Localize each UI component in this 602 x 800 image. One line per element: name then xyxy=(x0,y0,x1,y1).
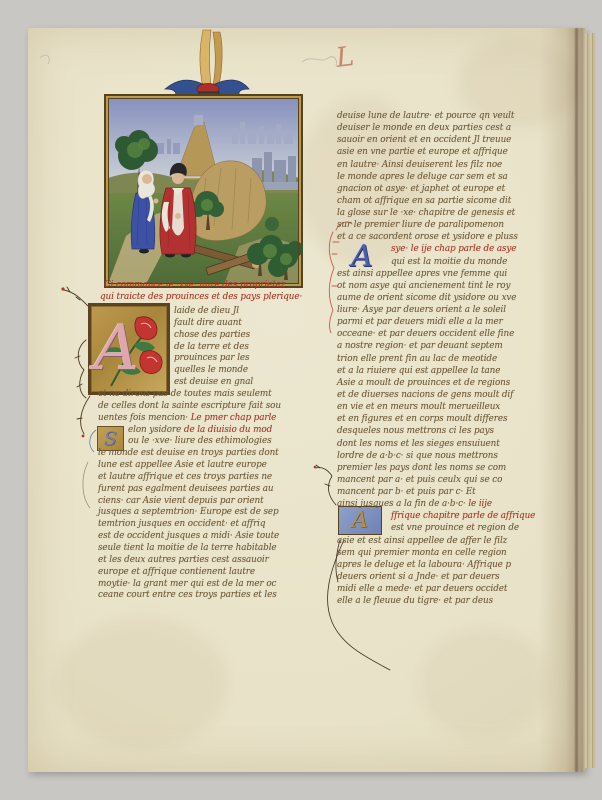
photograph-background: L xyxy=(0,0,602,800)
text-line: elle a le fleuue du tigre· et par deus xyxy=(337,596,493,606)
text-line: midi elle a mede· et par deuers occidet xyxy=(337,584,507,594)
text-line: cham ot affrique en sa partie sicome dit xyxy=(337,196,511,206)
text-line: la glose sur le ·xe· chapitre de genesis… xyxy=(337,208,515,218)
text-line: ceane court entre ces troys parties et l… xyxy=(98,590,277,600)
text-line: ot nom asye qui ancienement tint le roy xyxy=(337,281,510,291)
crest-plumes xyxy=(200,30,222,87)
text-line: mancent par b· et puis par c· Et xyxy=(337,487,476,497)
text-line: seule tient la moitie de la terre habita… xyxy=(98,543,277,553)
text-line: occeane· et par deuers occident elle fin… xyxy=(337,329,514,339)
text-line: en lautre· Ainsi deuiserent les filz noe xyxy=(337,160,502,170)
text-line: Asie a moult de prouinces et de regions xyxy=(337,378,510,388)
text-line: gnacion ot asye· et japhet ot europe et xyxy=(337,184,505,194)
text-line: qui est la moitie du monde xyxy=(391,257,507,267)
text-line: et a ce sacordent orose et ysidore e plu… xyxy=(337,232,518,242)
text-line: asie et est ainsi appellee de affer le f… xyxy=(337,536,507,546)
text-line: desqueles nous mettrons ci les pays xyxy=(337,426,494,436)
text-line: et lautre affrique et ces troys parties … xyxy=(98,472,272,482)
text-line: quelles le monde xyxy=(174,365,248,375)
initial-letter: A xyxy=(94,308,139,388)
gutter-crease xyxy=(575,28,578,772)
text-line: sye· le ije chap parle de asye xyxy=(391,244,516,254)
text-line: aume de orient sicome dit ysidore ou xve xyxy=(337,293,516,303)
text-line: dont les noms et les sieges ensuiuent xyxy=(337,439,500,449)
text-line: est ainsi appellee apres vne femme qui xyxy=(337,269,507,279)
text-line: est de occident jusques a midi· Asie tou… xyxy=(98,531,279,541)
parchment-stain xyxy=(58,618,228,748)
text-line: parmi et par deuers midi elle a la mer xyxy=(337,317,503,327)
parchment-stain xyxy=(418,628,548,738)
text-line: et de diuerses nacions de gens moult dif xyxy=(337,390,513,400)
text-line: de celles dont la sainte escripture fait… xyxy=(98,401,281,411)
text-line: et les deux autres parties cest assauoir xyxy=(98,555,269,565)
text-line: sem qui premier monta en celle region xyxy=(337,548,507,558)
text-line: sur le premier liure de paralipomenon xyxy=(337,220,504,230)
text-line: deuiser le monde en deux parties cest a xyxy=(337,123,511,133)
text-line: europe et affrique contienent lautre xyxy=(98,567,255,577)
miniature-scene xyxy=(108,98,299,284)
text-line: Ci commance le ·xve· liure des propriete… xyxy=(104,280,285,290)
text-line: le monde apres le deluge car sem et sa xyxy=(337,172,508,182)
text-line: est deuise en gnal xyxy=(174,377,253,387)
text-line: lordre de a·b·c· si que nous mettrons xyxy=(337,451,498,461)
text-line: en vie et en meurs moult merueilleux xyxy=(337,402,500,412)
text-line: moytie· la grant mer qui est de la mer o… xyxy=(98,579,276,589)
text-line: et ne dirons pas de toutes mais seulemt xyxy=(98,389,272,399)
text-line: premier les pays dont les noms se com xyxy=(337,463,506,473)
text-line: temtrion jusques en occident· et affriq xyxy=(98,519,265,529)
text-line: ainsi jusques a la fin de a·b·c· le iije xyxy=(337,499,492,509)
text-line: prouinces par les xyxy=(174,353,249,363)
text-line: asie en vne partie et europe et affrique xyxy=(337,147,508,157)
initial-a-asye: A xyxy=(338,241,386,271)
text-line: lune est appellee Asie et lautre europe xyxy=(98,460,267,470)
text-line: sauoir en orient et en occident Jl treuu… xyxy=(337,135,511,145)
miniature-frame xyxy=(104,94,303,288)
text-line: apres le deluge et la laboura· Affrique … xyxy=(337,560,511,570)
text-line: liure· Asye par deuers orient a le solei… xyxy=(337,305,506,315)
text-line: qui traicte des prouinces et des pays pl… xyxy=(100,292,302,302)
illuminated-initial-a: A xyxy=(88,303,170,395)
text-line: elon ysidore de la diuisio du mod xyxy=(128,425,272,435)
text-line: est vne prouince et region de xyxy=(391,523,519,533)
initial-a-affrique: A xyxy=(338,506,382,535)
text-line: chose des parties xyxy=(174,330,250,340)
text-line: et en figures et en corps moult differes xyxy=(337,414,507,424)
text-line: le monde est deuise en troys parties don… xyxy=(98,448,279,458)
text-line: uentes fois mencion· Le pmer chap parle xyxy=(98,413,276,423)
text-line: et a la riuiere qui est appellee la tane xyxy=(337,366,500,376)
initial-letter: S xyxy=(104,428,117,450)
text-line: a nostre region· et par deuant septem xyxy=(337,341,503,351)
text-line: jusques a septemtrion· Europe est de sep xyxy=(98,507,279,517)
text-line: ou le ·xve· liure des ethimologies xyxy=(128,436,271,446)
text-line: ciens· car Asie vient depuis par orient xyxy=(98,496,264,506)
text-line: furent pas egalment deuisees parties au xyxy=(98,484,273,494)
initial-letter: A xyxy=(352,508,368,533)
book-page-edges xyxy=(585,33,596,768)
text-line: ffrique chapitre parle de affrique xyxy=(391,511,535,521)
text-line: deuers orient si a Jnde· et par deuers xyxy=(337,572,500,582)
text-line: de la terre et des xyxy=(174,342,249,352)
hilltop-castle xyxy=(194,115,203,125)
text-line: fault dire auant xyxy=(174,318,242,328)
text-line: mancent par a· et puis ceulx qui se co xyxy=(337,475,502,485)
marginal-sketch-letter: L xyxy=(334,41,356,74)
text-line: laide de dieu Jl xyxy=(174,306,239,316)
text-line: trion elle prent fin au lac de meotide xyxy=(337,354,497,364)
text-line: deuise lune de lautre· et pource qn veul… xyxy=(337,111,514,121)
book-gutter-shadow xyxy=(539,28,585,772)
